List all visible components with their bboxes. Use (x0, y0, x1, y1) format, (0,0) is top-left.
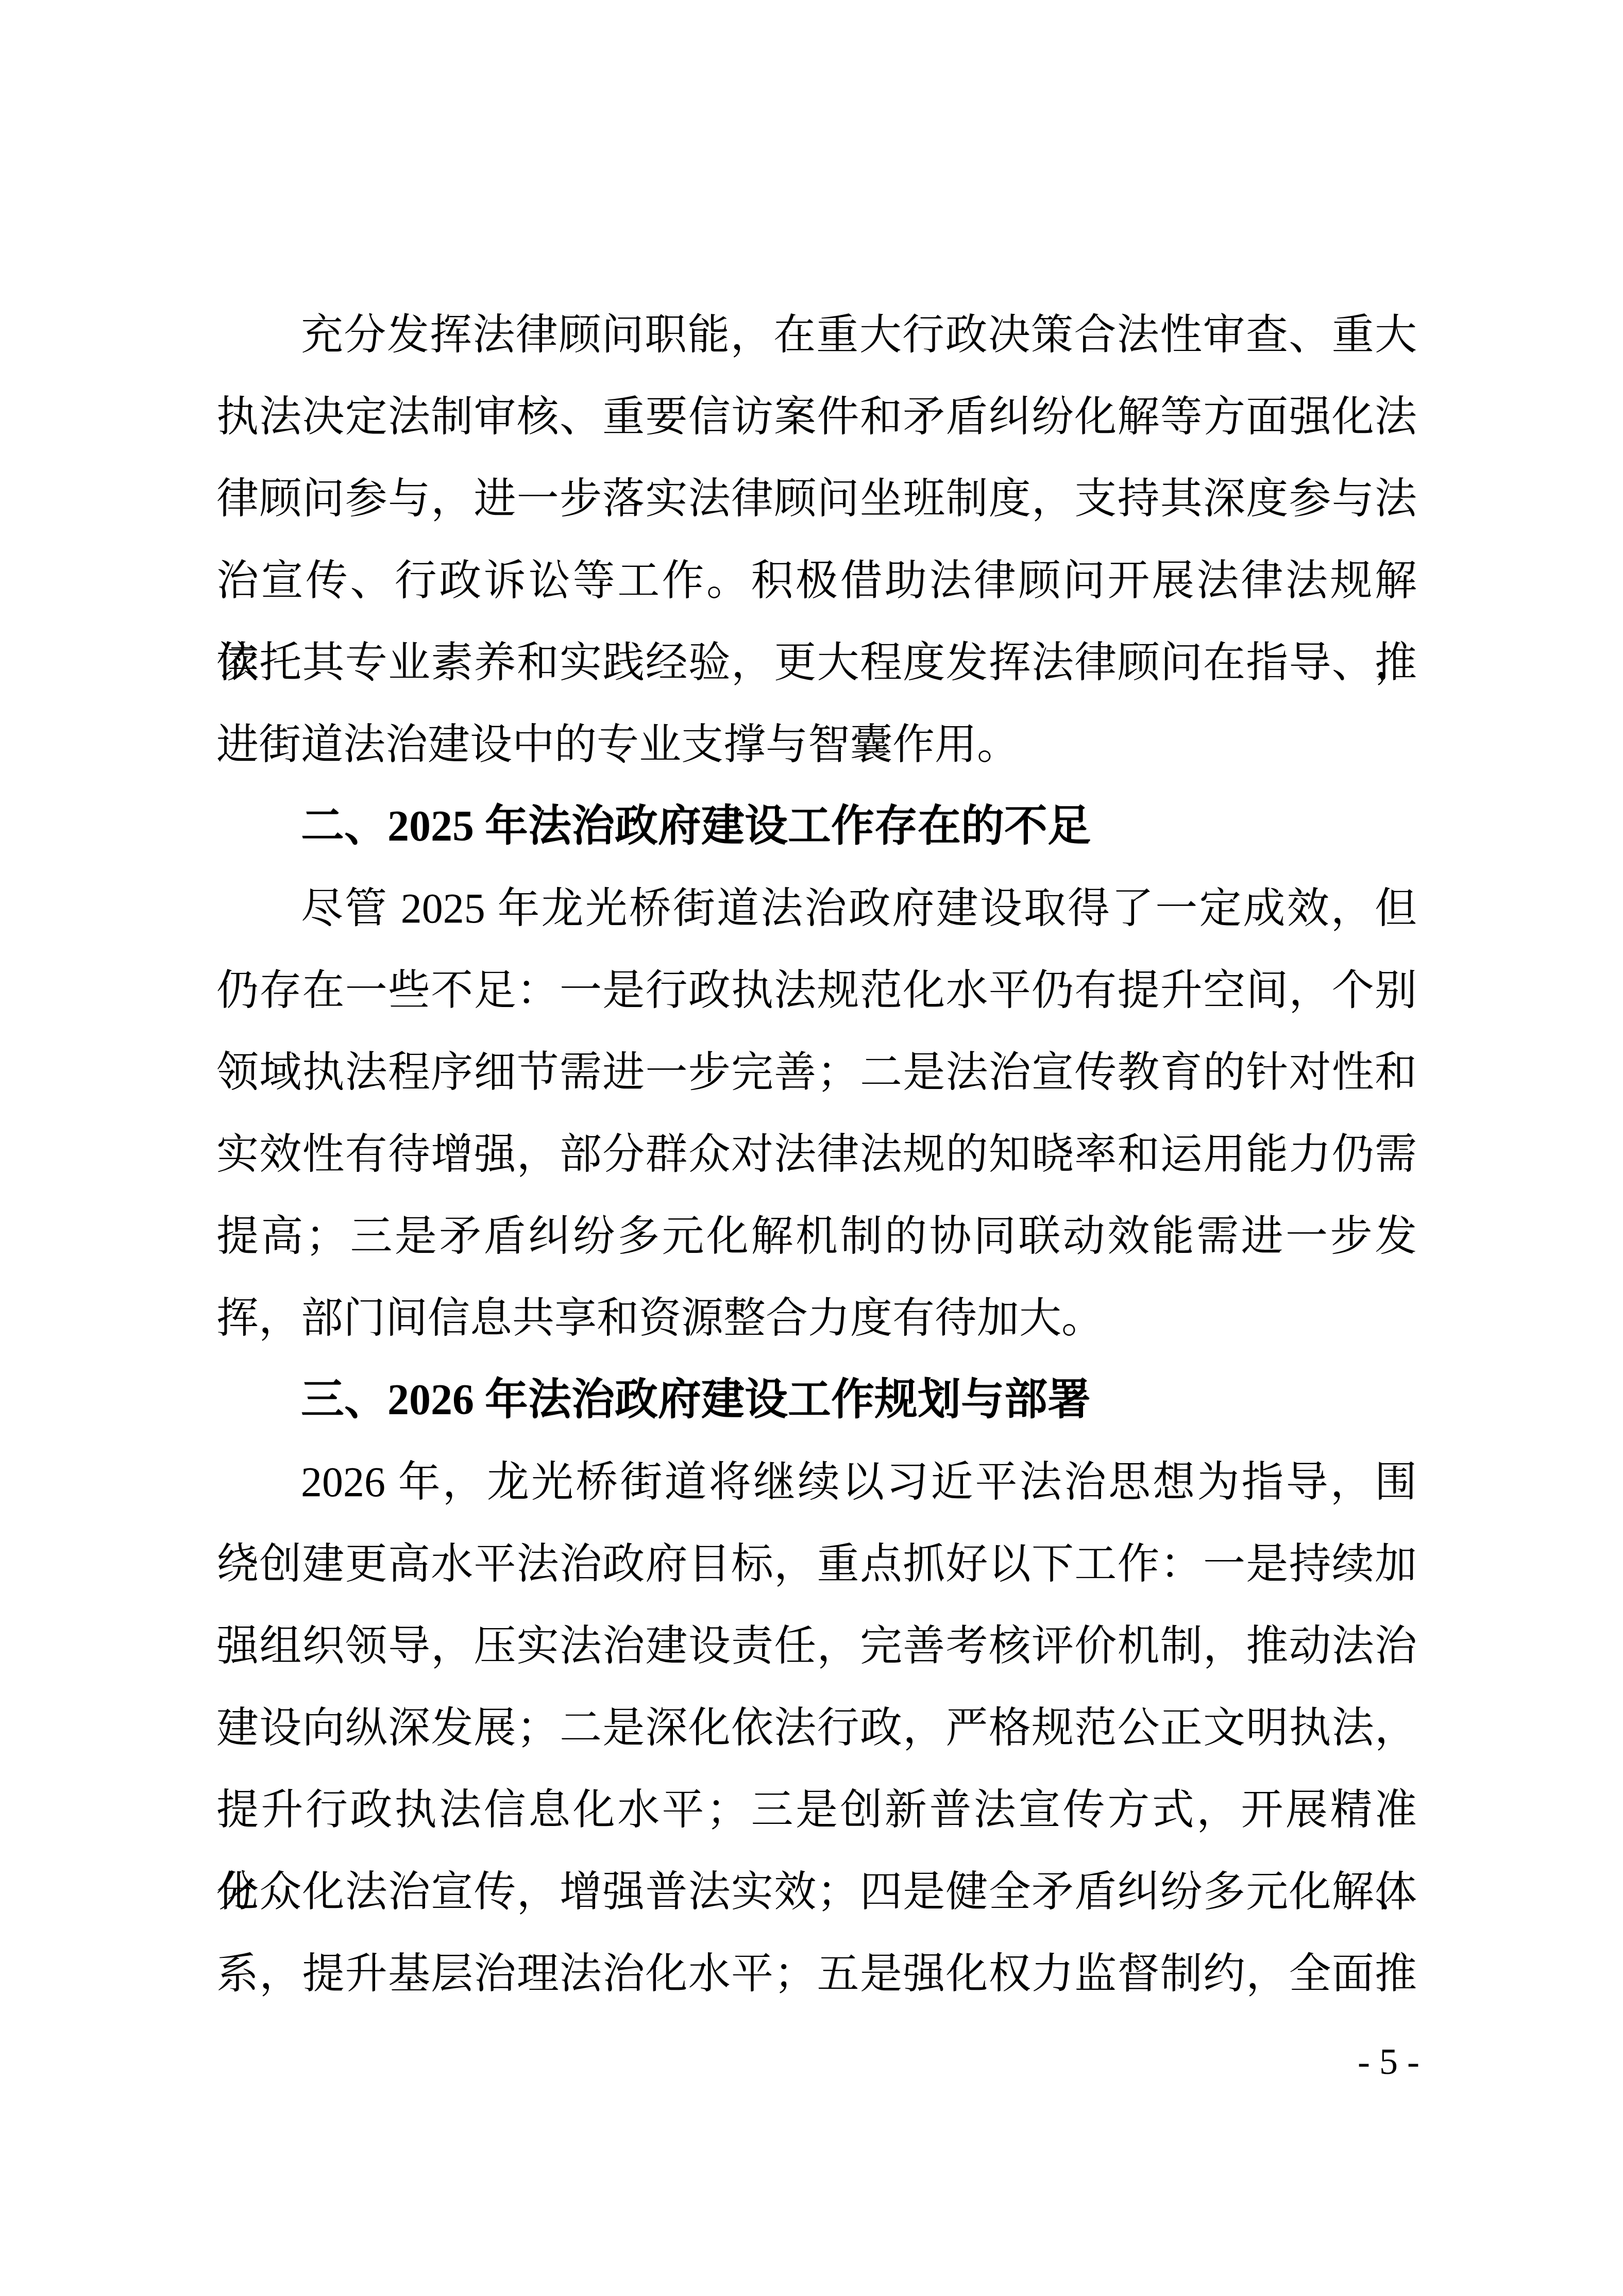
text-line: 绕创建更高水平法治政府目标，重点抓好以下工作：一是持续加 (216, 1523, 1417, 1605)
text-line: 挥，部门间信息共享和资源整合力度有待加大。 (216, 1277, 1417, 1359)
text-line: 分众化法治宣传，增强普法实效；四是健全矛盾纠纷多元化解体 (216, 1851, 1417, 1933)
text-line: 领域执法程序细节需进一步完善；二是法治宣传教育的针对性和 (216, 1031, 1417, 1113)
text-line: 尽管 2025 年龙光桥街道法治政府建设取得了一定成效，但 (216, 867, 1417, 949)
text-line: 建设向纵深发展；二是深化依法行政，严格规范公正文明执法， (216, 1687, 1417, 1769)
text-line: 强组织领导，压实法治建设责任，完善考核评价机制，推动法治 (216, 1605, 1417, 1687)
text-line: 进街道法治建设中的专业支撑与智囊作用。 (216, 703, 1417, 785)
document-page: 充分发挥法律顾问职能，在重大行政决策合法性审查、重大 执法决定法制审核、重要信访… (0, 0, 1623, 2296)
text-line: 治宣传、行政诉讼等工作。积极借助法律顾问开展法律法规解读， (216, 540, 1417, 622)
text-line: 提高；三是矛盾纠纷多元化解机制的协同联动效能需进一步发 (216, 1195, 1417, 1277)
page-number: - 5 - (216, 2023, 1419, 2100)
text-line: 依托其专业素养和实践经验，更大程度发挥法律顾问在指导、推 (216, 622, 1417, 703)
section-heading-3: 三、2026 年法治政府建设工作规划与部署 (216, 1359, 1417, 1441)
document-body: 充分发挥法律顾问职能，在重大行政决策合法性审查、重大 执法决定法制审核、重要信访… (216, 294, 1417, 2015)
text-line: 系，提升基层治理法治化水平；五是强化权力监督制约，全面推 (216, 1933, 1417, 2015)
text-line: 2026 年，龙光桥街道将继续以习近平法治思想为指导，围 (216, 1441, 1417, 1523)
section-heading-2: 二、2025 年法治政府建设工作存在的不足 (216, 785, 1417, 867)
text-line: 律顾问参与，进一步落实法律顾问坐班制度，支持其深度参与法 (216, 458, 1417, 540)
text-line: 实效性有待增强，部分群众对法律法规的知晓率和运用能力仍需 (216, 1113, 1417, 1195)
text-line: 仍存在一些不足：一是行政执法规范化水平仍有提升空间，个别 (216, 949, 1417, 1031)
text-line: 提升行政执法信息化水平；三是创新普法宣传方式，开展精准化、 (216, 1769, 1417, 1851)
text-line: 充分发挥法律顾问职能，在重大行政决策合法性审查、重大 (216, 294, 1417, 376)
text-line: 执法决定法制审核、重要信访案件和矛盾纠纷化解等方面强化法 (216, 376, 1417, 458)
